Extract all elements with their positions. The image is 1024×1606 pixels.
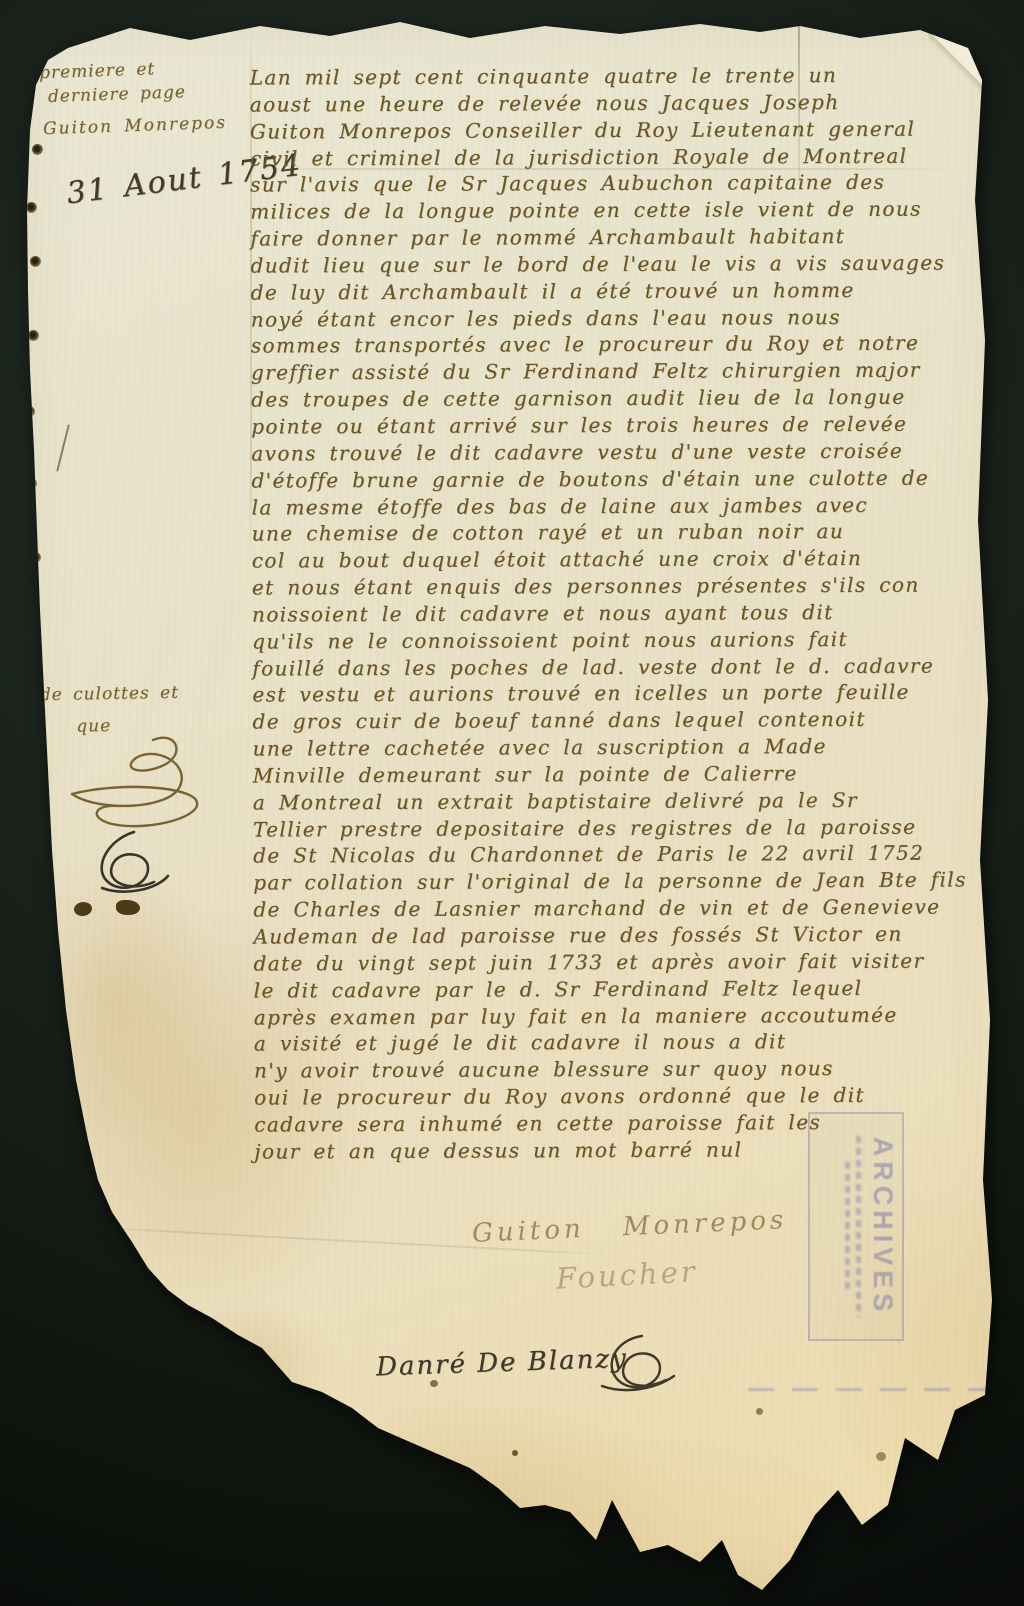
manuscript-line: après examen par luy fait en la maniere … — [254, 1001, 960, 1031]
right-edge-highlight — [980, 180, 994, 1160]
stitch-hole — [46, 1062, 57, 1073]
stain-spot — [512, 1450, 518, 1456]
manuscript-line: de Charles de Lasnier marchand de vin et… — [253, 894, 959, 924]
manuscript-line: civil et criminel de la jurisdiction Roy… — [250, 142, 956, 172]
signature-danre-de-blanzy: Danré De Blanzy — [376, 1344, 629, 1383]
margin-note-line: Guiton Monrepos — [43, 111, 228, 141]
manuscript-line: aoust une heure de relevée nous Jacques … — [250, 88, 956, 118]
marginal-paraph-flourish — [58, 728, 208, 838]
marginal-paraph-initials — [84, 826, 174, 896]
manuscript-line: est vestu et aurions trouvé en icelles u… — [252, 679, 958, 709]
blue-ink-bleedthrough — [748, 1388, 1024, 1391]
manuscript-line: milices de la longue pointe en cette isl… — [250, 196, 956, 226]
manuscript-line: de St Nicolas du Chardonnet de Paris le … — [253, 840, 959, 870]
manuscript-line: col au bout duquel étoit attaché une cro… — [252, 545, 958, 575]
manuscript-line: de luy dit Archambault il a été trouvé u… — [251, 276, 957, 306]
manuscript-paper: premiere et derniere page Guiton Monrepo… — [0, 0, 1024, 1606]
torn-hole — [177, 1412, 209, 1446]
stitch-hole — [30, 552, 41, 563]
paper-scratch — [56, 424, 70, 471]
manuscript-line: une chemise de cotton rayé et un ruban n… — [252, 518, 958, 548]
manuscript-line: le dit cadavre par le d. Sr Ferdinand Fe… — [254, 974, 960, 1004]
photo-background: premiere et derniere page Guiton Monrepo… — [0, 0, 1024, 1606]
archive-stamp: ARCHIVES — [808, 1112, 904, 1341]
stain-spot — [756, 1408, 763, 1415]
manuscript-line: Tellier prestre depositaire des registre… — [253, 813, 959, 843]
manuscript-line: Guiton Monrepos Conseiller du Roy Lieute… — [250, 115, 956, 145]
stitch-hole — [32, 704, 43, 715]
manuscript-line: Lan mil sept cent cinquante quatre le tr… — [250, 61, 956, 91]
manuscript-line: sommes transportés avec le procureur du … — [251, 330, 957, 360]
manuscript-line: fouillé dans les poches de lad. veste do… — [252, 652, 958, 682]
body-text: Lan mil sept cent cinquante quatre le tr… — [250, 61, 961, 1165]
stain-spot — [876, 1452, 886, 1461]
signature-foucher: Foucher — [555, 1254, 698, 1295]
signature-paraph — [594, 1332, 678, 1394]
manuscript-line: a Montreal un extrait baptistaire delivr… — [253, 786, 959, 816]
stamp-small-text-line — [845, 1162, 850, 1291]
margin-note-top: premiere et derniere page Guiton Monrepo… — [39, 55, 228, 141]
stitch-hole — [30, 780, 41, 791]
signature-guiton-monrepos: Guiton Monrepos — [471, 1205, 787, 1249]
manuscript-line: date du vingt sept juin 1733 et après av… — [253, 947, 959, 977]
stitch-hole — [34, 856, 45, 867]
paper-shadow: premiere et derniere page Guiton Monrepo… — [0, 0, 1024, 1606]
stitch-hole — [30, 256, 41, 267]
manuscript-line: Audeman de lad paroisse rue des fossés S… — [253, 920, 959, 950]
stain-spot — [236, 1440, 250, 1452]
stitch-hole — [24, 406, 35, 417]
manuscript-line: a visité et jugé le dit cadavre il nous … — [254, 1028, 960, 1058]
manuscript-line: des troupes de cette garnison audit lieu… — [251, 384, 957, 414]
manuscript-line: n'y avoir trouvé aucune blessure sur quo… — [254, 1055, 960, 1085]
ink-blot — [116, 900, 140, 915]
stitch-hole — [28, 628, 39, 639]
manuscript-line: par collation sur l'original de la perso… — [253, 867, 959, 897]
stain-spot — [196, 1352, 212, 1368]
manuscript-line: noissoient le dit cadavre et nous ayant … — [252, 598, 958, 628]
manuscript-line: une lettre cachetée avec la suscription … — [253, 733, 959, 763]
stain-spot — [262, 1468, 271, 1477]
stitch-hole — [36, 932, 47, 943]
stitch-hole — [28, 330, 39, 341]
margin-note-line: derniere page — [47, 79, 226, 109]
stitch-hole — [26, 478, 37, 489]
manuscript-line: sur l'avis que le Sr Jacques Aubuchon ca… — [250, 169, 956, 199]
manuscript-line: noyé étant encor les pieds dans l'eau no… — [251, 303, 957, 333]
manuscript-line: pointe ou étant arrivé sur les trois heu… — [251, 410, 957, 440]
stitch-hole — [40, 1006, 51, 1017]
manuscript-line: oui le procureur du Roy avons ordonné qu… — [254, 1082, 960, 1112]
manuscript-line: la mesme étoffe des bas de laine aux jam… — [251, 491, 957, 521]
stitch-hole — [18, 52, 40, 78]
manuscript-line: et nous étant enquis des personnes prése… — [252, 571, 958, 601]
manuscript-line: qu'ils ne le connoissoient point nous au… — [252, 625, 958, 655]
stitch-hole — [26, 202, 37, 213]
manuscript-line: Minville demeurant sur la pointe de Cali… — [253, 759, 959, 789]
stain-spot — [430, 1380, 438, 1387]
stain-spot — [338, 1452, 345, 1459]
manuscript-line: dudit lieu que sur le bord de l'eau le v… — [250, 249, 956, 279]
manuscript-line: de gros cuir de boeuf tanné dans lequel … — [252, 706, 958, 736]
ink-blot — [73, 901, 93, 917]
manuscript-line: d'étoffe brune garnie de boutons d'étain… — [251, 464, 957, 494]
stitch-hole — [32, 144, 43, 155]
archive-stamp-text: ARCHIVES — [867, 1114, 898, 1339]
stamp-small-text-line — [856, 1136, 861, 1317]
manuscript-line: faire donner par le nommé Archambault ha… — [250, 223, 956, 253]
margin-note-line: de culottes et — [40, 681, 180, 707]
manuscript-line: greffier assisté du Sr Ferdinand Feltz c… — [251, 357, 957, 387]
manuscript-line: avons trouvé le dit cadavre vestu d'une … — [251, 437, 957, 467]
stain-spot — [104, 1376, 140, 1416]
